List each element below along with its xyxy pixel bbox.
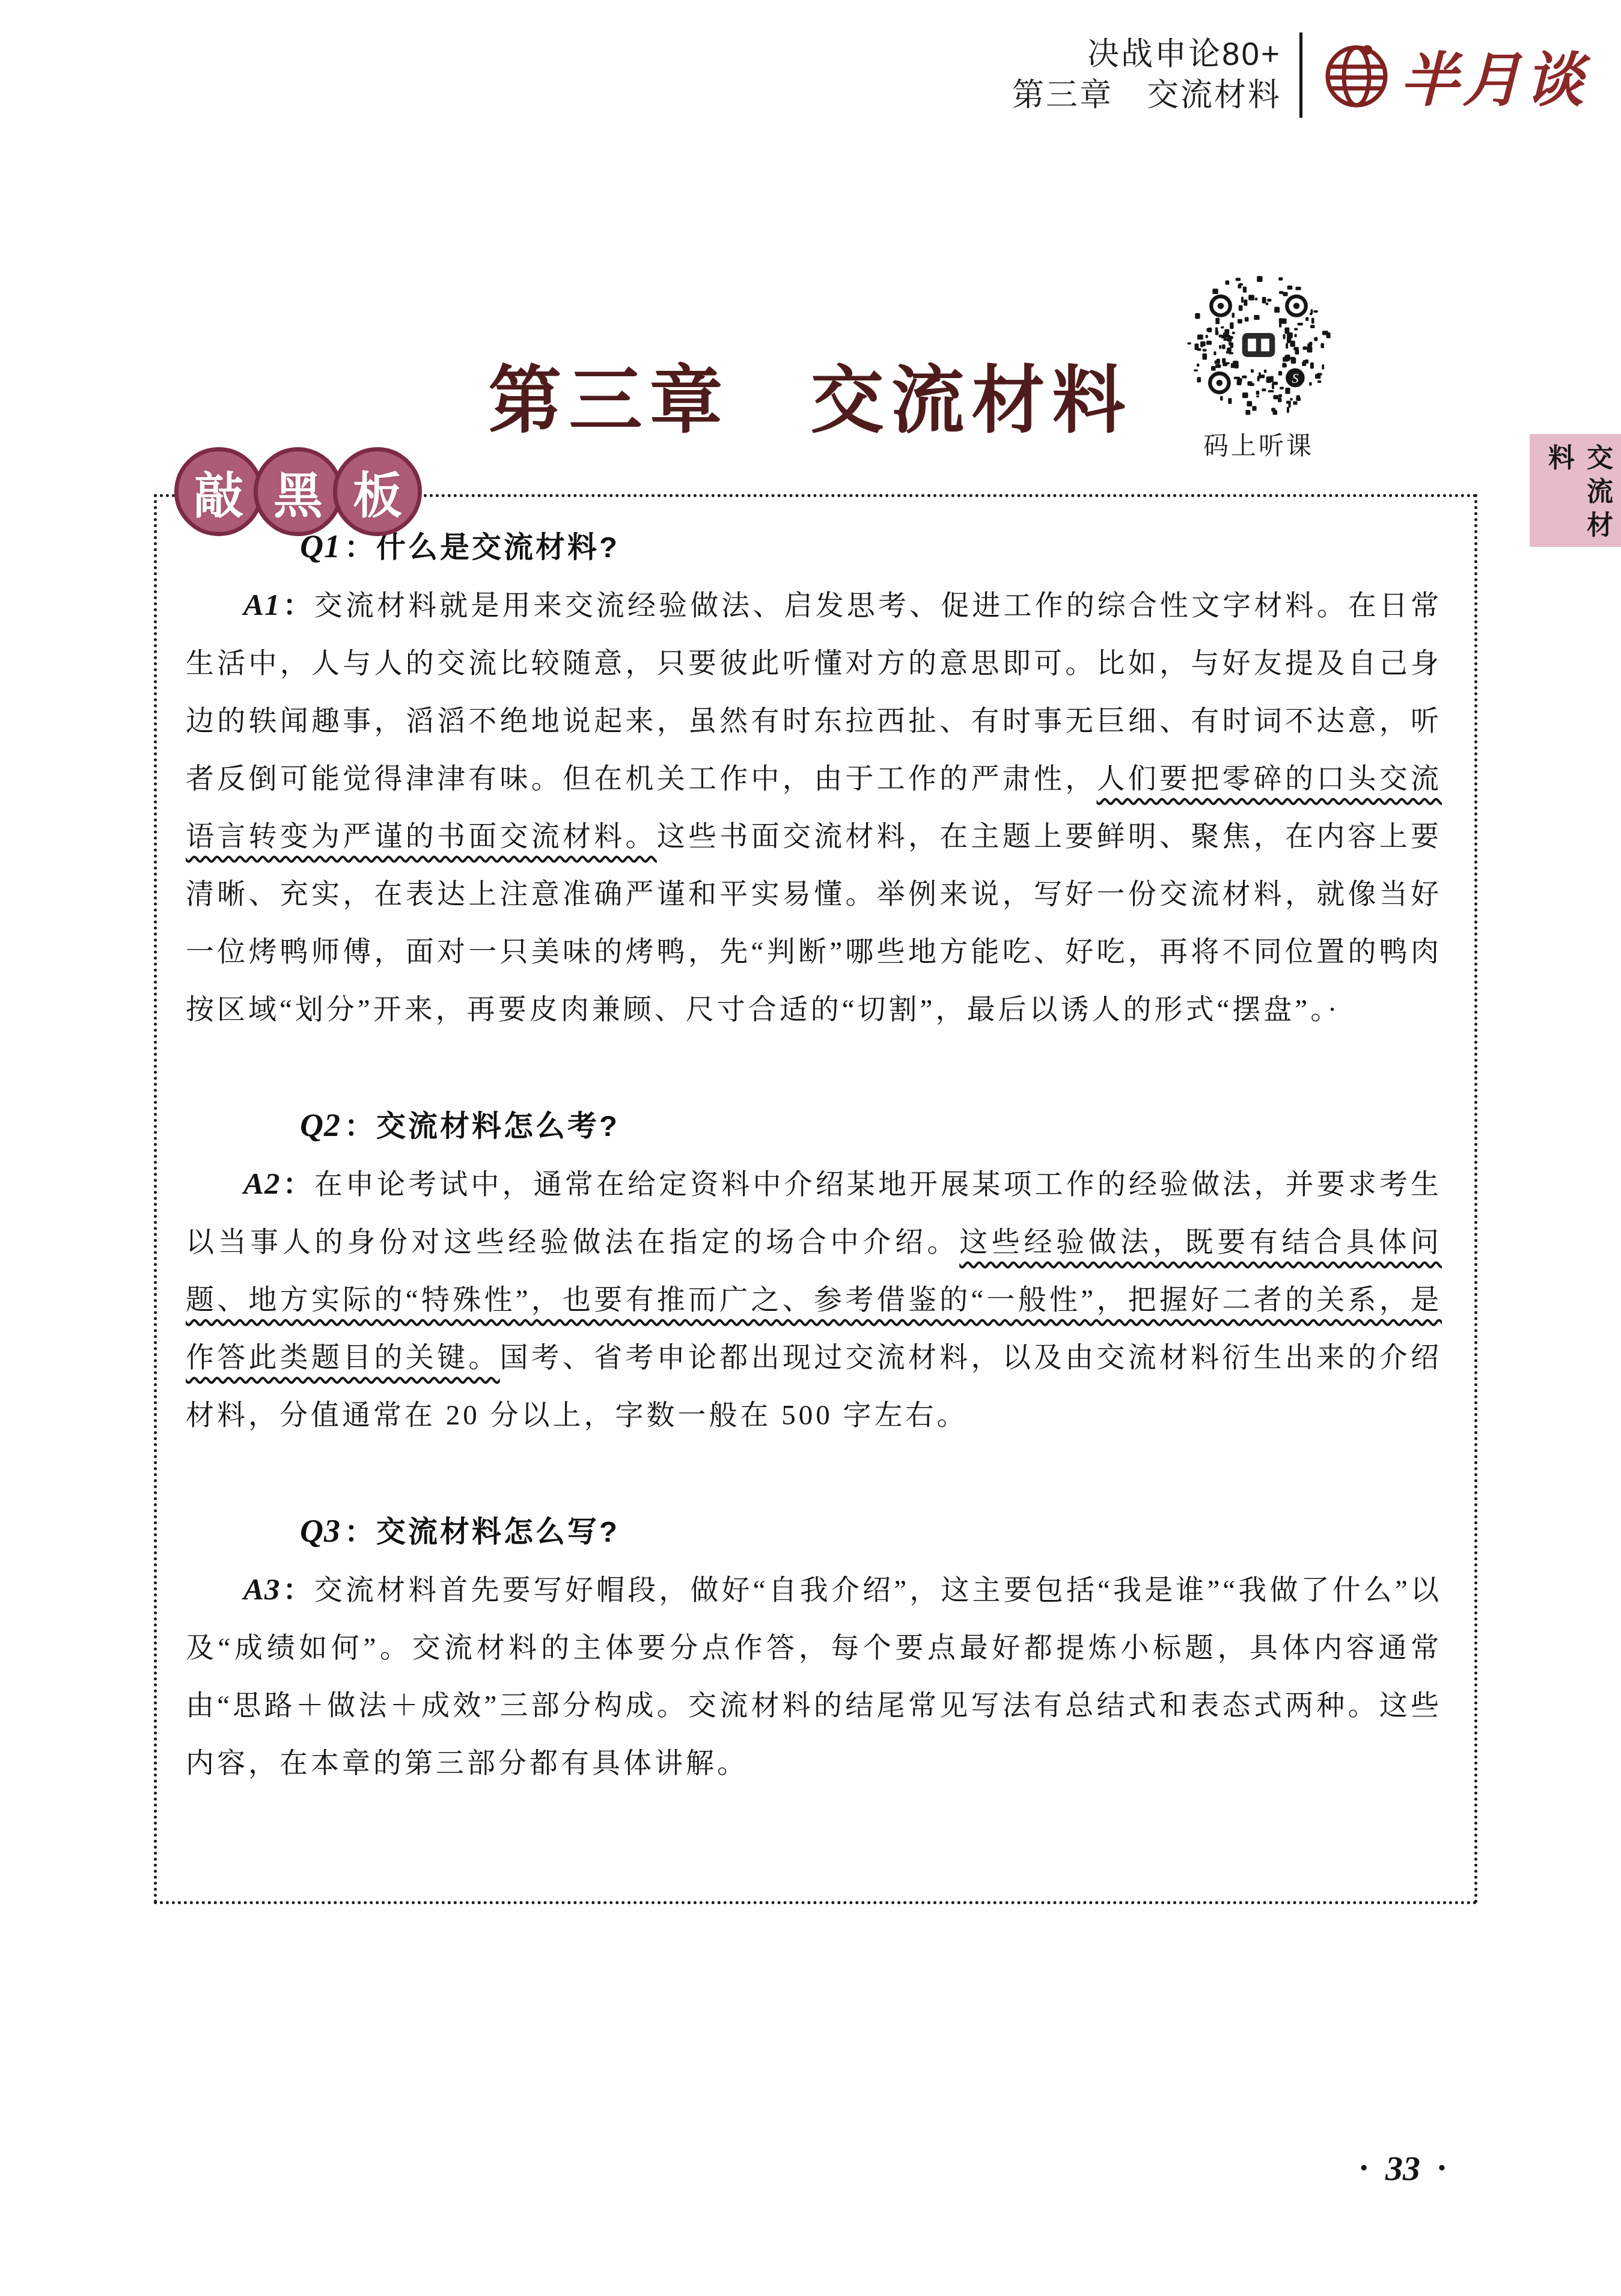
- brand-name: 半月谈: [1400, 33, 1587, 118]
- question-1-sep: ：: [344, 531, 376, 564]
- answer-3-text: 交流材料首先要写好帽段，做好“自我介绍”，这主要包括“我是谁”“我做了什么”以及…: [186, 1575, 1442, 1779]
- header-divider: [1299, 32, 1302, 118]
- qr-center-logo: [1242, 333, 1275, 357]
- answer-2-label: A2: [243, 1167, 283, 1201]
- answer-3-sep: ：: [283, 1575, 314, 1606]
- question-2-label: Q2: [300, 1107, 344, 1143]
- question-2-heading: Q2：交流材料怎么考?: [300, 1096, 1442, 1155]
- qa-block-1: Q1：什么是交流材料? A1：交流材料就是用来交流经验做法、启发思考、促进工作的…: [186, 518, 1442, 1039]
- footer-right-dot: •: [1438, 2151, 1445, 2187]
- qr-caption: 码上听课: [1183, 426, 1334, 462]
- page-header: 决战申论80+ 第三章 交流材料 半月谈: [1012, 32, 1587, 118]
- badge-circle-1: 敲: [174, 447, 263, 536]
- answer-1-sep: ：: [283, 590, 314, 621]
- badge-circle-2: 黑: [254, 447, 343, 536]
- question-2-title: 交流材料怎么考?: [376, 1110, 620, 1143]
- page-number: 33: [1385, 2151, 1420, 2187]
- footer-left-dot: •: [1360, 2151, 1367, 2187]
- book-page: { "header": { "book_title": "决战申论80+", "…: [0, 0, 1621, 2296]
- qr-block: S 码上听课: [1183, 269, 1334, 462]
- question-3-sep: ：: [344, 1516, 376, 1548]
- chapter-title: 第三章 交流材料: [0, 341, 1621, 447]
- answer-text-segment: 交流材料首先要写好帽段，做好“自我介绍”，这主要包括“我是谁”“我做了什么”以及…: [186, 1575, 1442, 1779]
- knock-blackboard-badge: 敲 黑 板: [174, 447, 412, 536]
- answer-3-paragraph: A3：交流材料首先要写好帽段，做好“自我介绍”，这主要包括“我是谁”“我做了什么…: [186, 1561, 1442, 1792]
- qa-block-3: Q3：交流材料怎么写? A3：交流材料首先要写好帽段，做好“自我介绍”，这主要包…: [186, 1502, 1442, 1792]
- answer-1-text: 交流材料就是用来交流经验做法、启发思考、促进工作的综合性文字材料。在日常生活中，…: [186, 590, 1442, 1025]
- answer-1-paragraph: A1：交流材料就是用来交流经验做法、启发思考、促进工作的综合性文字材料。在日常生…: [186, 576, 1442, 1039]
- question-3-heading: Q3：交流材料怎么写?: [300, 1502, 1442, 1561]
- page-footer: • 33 •: [1360, 2151, 1445, 2187]
- publisher-brand: 半月谈: [1320, 33, 1587, 118]
- header-chapter-crumb: 第三章 交流材料: [1012, 75, 1281, 116]
- question-2-sep: ：: [344, 1110, 376, 1143]
- answer-2-text: 在申论考试中，通常在给定资料中介绍某地开展某项工作的经验做法，并要求考生以当事人…: [186, 1169, 1442, 1431]
- side-tab-label: 交流材料: [1539, 444, 1616, 547]
- question-1-heading: Q1：什么是交流材料?: [300, 518, 1442, 576]
- question-3-title: 交流材料怎么写?: [376, 1516, 620, 1548]
- header-running-title: 决战申论80+ 第三章 交流材料: [1012, 34, 1281, 116]
- question-3-label: Q3: [300, 1513, 344, 1549]
- answer-3-label: A3: [243, 1573, 283, 1607]
- svg-text:S: S: [1292, 371, 1298, 386]
- qa-block-2: Q2：交流材料怎么考? A2：在申论考试中，通常在给定资料中介绍某地开展某项工作…: [186, 1096, 1442, 1444]
- qa-dotted-box: Q1：什么是交流材料? A1：交流材料就是用来交流经验做法、启发思考、促进工作的…: [154, 494, 1477, 1904]
- answer-2-paragraph: A2：在申论考试中，通常在给定资料中介绍某地开展某项工作的经验做法，并要求考生以…: [186, 1155, 1442, 1444]
- qr-code: S: [1183, 269, 1334, 421]
- side-tab-chapter: 交流材料: [1530, 434, 1621, 547]
- header-book-title: 决战申论80+: [1012, 34, 1281, 75]
- badge-circle-3: 板: [333, 447, 422, 536]
- globe-logo-icon: [1320, 39, 1393, 111]
- answer-1-label: A1: [243, 588, 283, 622]
- answer-2-sep: ：: [283, 1169, 314, 1200]
- globe-leaf: [1363, 45, 1372, 55]
- question-1-title: 什么是交流材料?: [376, 531, 620, 564]
